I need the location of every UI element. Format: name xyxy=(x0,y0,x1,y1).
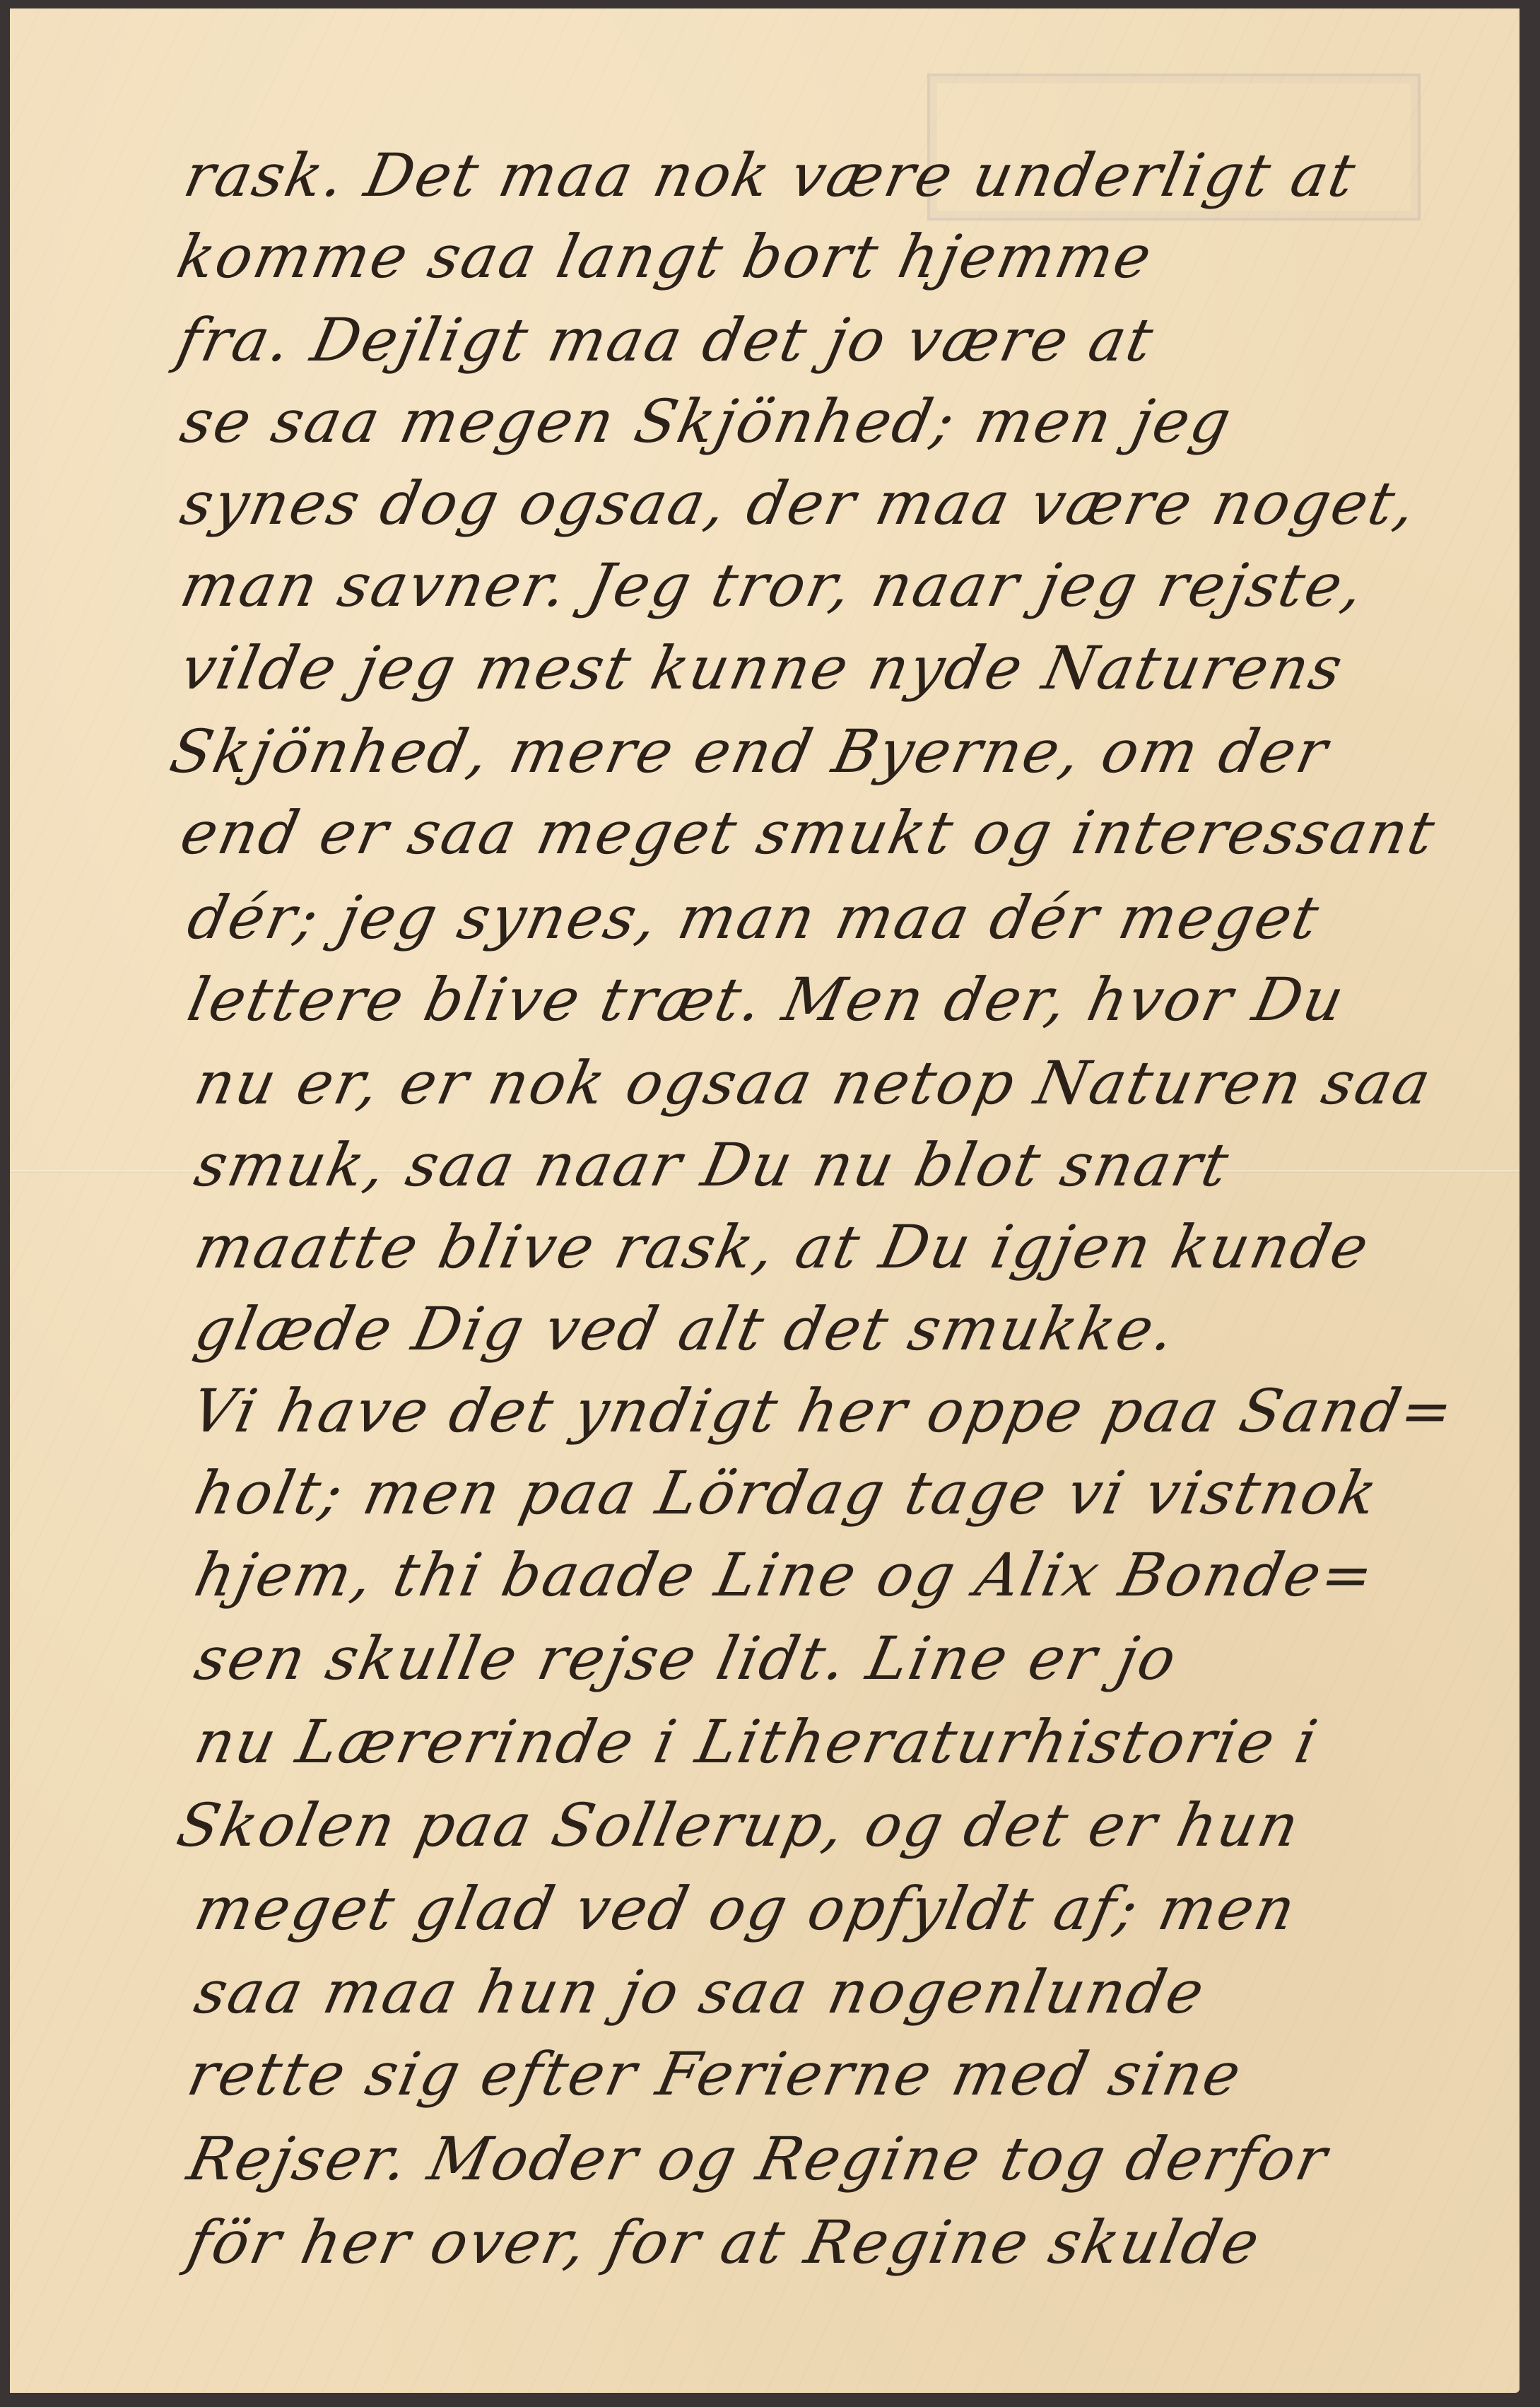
text-line: rask. Det maa nok være underligt at xyxy=(177,133,1365,218)
text-line: sen skulle rejse lidt. Line er jo xyxy=(187,1616,1186,1701)
text-line: Skolen paa Sollerup, og det er hun xyxy=(170,1783,1308,1868)
text-line: maatte blive rask, at Du igjen kunde xyxy=(187,1205,1378,1289)
text-line: hjem, thi baade Line og Alix Bonde= xyxy=(187,1533,1383,1617)
text-line: lettere blive træt. Men der, hvor Du xyxy=(180,957,1353,1042)
text-line: nu Lærerinde i Litheraturhistorie i xyxy=(187,1699,1327,1784)
text-line: nu er, er nok ogsaa netop Naturen saa xyxy=(187,1041,1440,1125)
text-line: Vi have det yndigt her oppe paa Sand= xyxy=(184,1369,1462,1453)
text-line: rette sig efter Ferierne med sine xyxy=(180,2032,1250,2116)
text-line: synes dog ogsaa, der maa være noget, xyxy=(173,461,1426,546)
text-line: end er saa meget smukt og interessant xyxy=(173,790,1444,875)
text-line: fra. Dejligt maa det jo være at xyxy=(170,298,1163,382)
text-line: holt; men paa Lördag tage vi vistnok xyxy=(187,1451,1387,1535)
text-line: dér; jeg synes, man maa dér meget xyxy=(180,875,1328,960)
text-line: Skjönhed, mere end Byerne, om der xyxy=(163,709,1337,794)
text-line: komme saa langt bort hjemme xyxy=(170,214,1161,299)
text-line: meget glad ved og opfyldt af; men xyxy=(187,1866,1305,1951)
text-line: saa maa hun jo saa nogenlunde xyxy=(187,1950,1213,2034)
text-line: för her over, for at Regine skulde xyxy=(180,2200,1269,2285)
text-line: smuk, saa naar Du nu blot snart xyxy=(187,1123,1238,1207)
text-line: se saa megen Skjönhed; men jeg xyxy=(173,379,1240,464)
text-line: glæde Dig ved alt det smukke. xyxy=(187,1287,1185,1371)
text-line: vilde jeg mest kunne nyde Naturens xyxy=(173,626,1352,710)
text-line: man savner. Jeg tror, naar jeg rejste, xyxy=(173,543,1373,628)
text-line: Rejser. Moder og Regine tog derfor xyxy=(180,2116,1336,2201)
